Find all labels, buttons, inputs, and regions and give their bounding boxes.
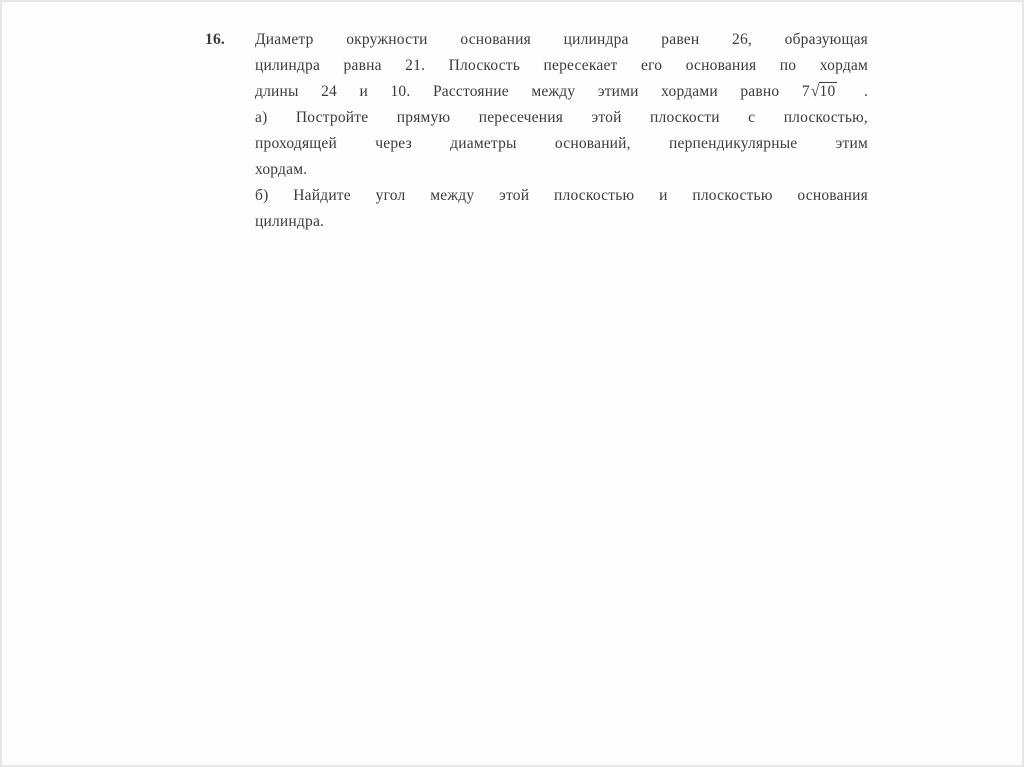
- part-b-line-1: б) Найдите угол между этой плоскостью и …: [255, 183, 868, 209]
- problem-number: 16.: [205, 27, 255, 235]
- sqrt-coefficient: 7: [802, 83, 810, 100]
- part-a-line-1: а) Постройте прямую пересечения этой пло…: [255, 105, 868, 131]
- radical-sign-icon: √: [811, 78, 820, 105]
- statement-line-3-period: .: [864, 83, 868, 100]
- statement-line-1: Диаметр окружности основания цилиндра ра…: [255, 27, 868, 53]
- problem-text: Диаметр окружности основания цилиндра ра…: [255, 27, 868, 235]
- part-a-line-3: хордам.: [255, 157, 868, 183]
- sqrt-expression: 7√10: [802, 83, 838, 100]
- part-a-line-2: проходящей через диаметры оснований, пер…: [255, 131, 868, 157]
- statement-line-3: длины 24 и 10. Расстояние между этими хо…: [255, 79, 868, 105]
- statement-line-2: цилиндра равна 21. Плоскость пересекает …: [255, 53, 868, 79]
- statement-line-3-text: длины 24 и 10. Расстояние между этими хо…: [255, 83, 779, 100]
- sqrt-radicand: 10: [819, 82, 838, 100]
- part-b-line-2: цилиндра.: [255, 209, 868, 235]
- problem-16: 16. Диаметр окружности основания цилиндр…: [205, 27, 870, 235]
- scanned-page: 16. Диаметр окружности основания цилиндр…: [0, 0, 1024, 767]
